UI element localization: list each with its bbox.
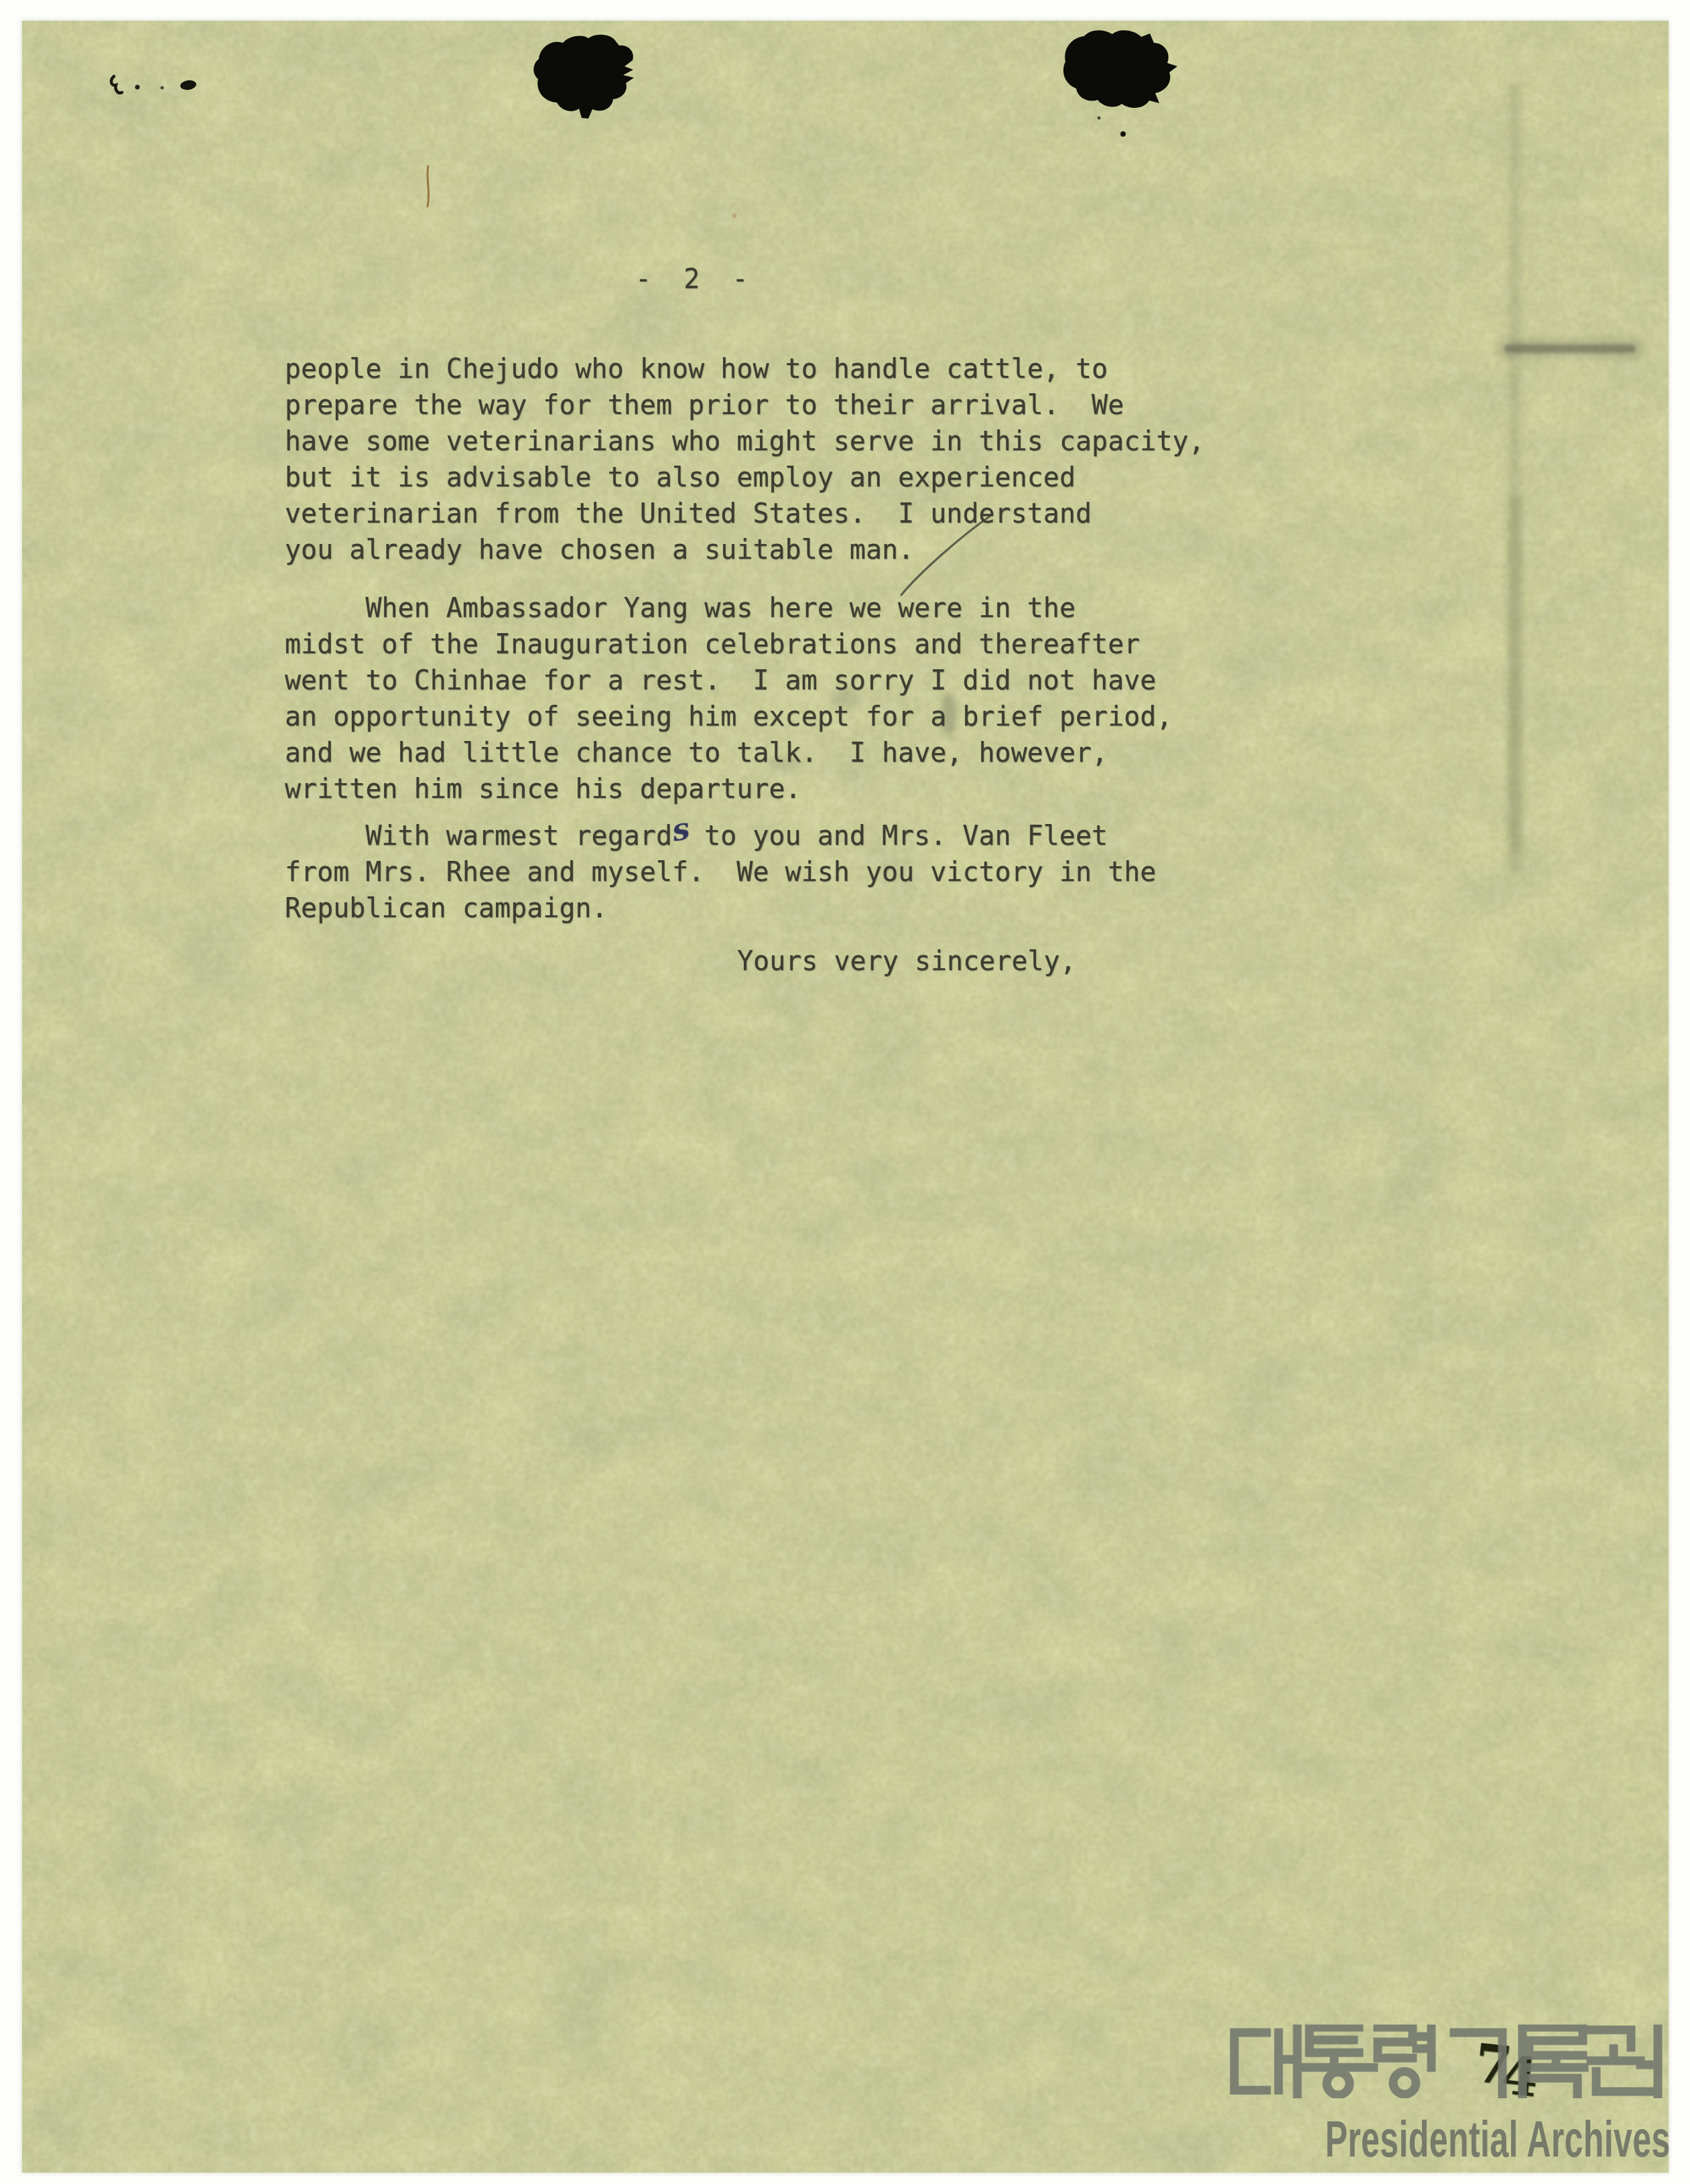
paragraph-1: people in Chejudo who know how to handle… [285, 351, 1205, 568]
handwritten-s-correction: s [669, 813, 691, 845]
paragraph-3-typed-start: With warmest regard [285, 821, 672, 851]
paragraph-3: With warmest regards to you and Mrs. Van… [285, 818, 1156, 927]
watermark-korean: 대통령기록관 [1226, 2025, 1663, 2098]
scanned-letter-page: - 2 - people in Chejudo who know how to … [0, 0, 1690, 2184]
watermark-english: Presidential Archives [1325, 2114, 1671, 2165]
page-number: - 2 - [635, 261, 749, 297]
closing-line: Yours very sincerely, [737, 943, 1076, 979]
vertical-crease-dark-segment [1508, 496, 1522, 858]
pencil-streak [1504, 344, 1636, 353]
paper-sheet [22, 21, 1669, 2173]
paragraph-2: When Ambassador Yang was here we were in… [285, 590, 1173, 807]
